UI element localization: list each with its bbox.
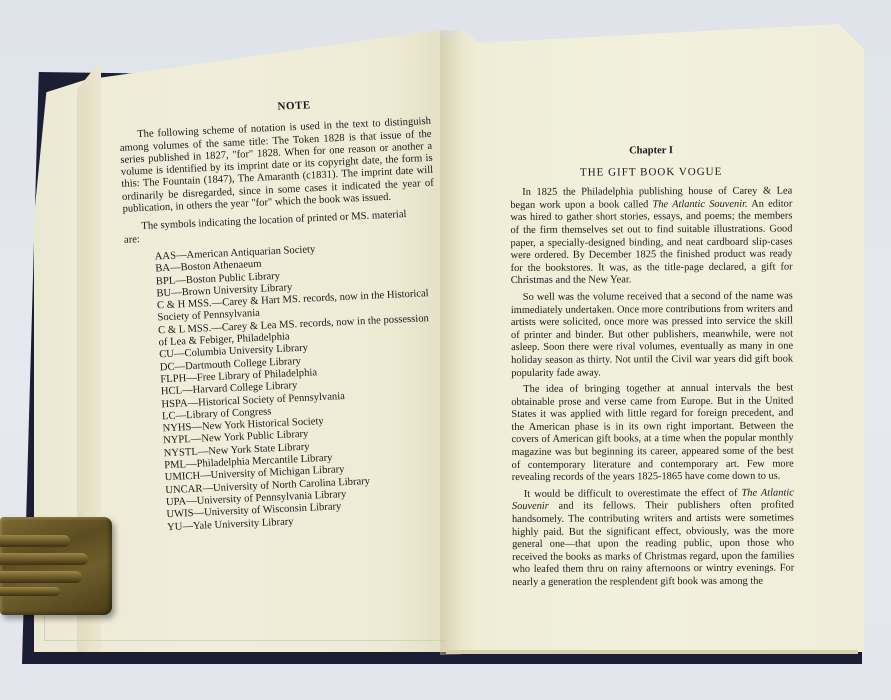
paragraph-2: So well was the volume received that a s… — [511, 290, 793, 380]
book-gutter — [440, 30, 462, 655]
finger-shape — [0, 571, 82, 583]
chapter-label: Chapter I — [510, 145, 792, 159]
note-paragraph: The following scheme of notation is used… — [119, 116, 435, 216]
photo-scene: NOTE The following scheme of notation is… — [0, 0, 891, 700]
left-page-text: NOTE The following scheme of notation is… — [118, 94, 449, 536]
brass-hand-paperweight — [0, 517, 112, 615]
finger-shape — [0, 587, 60, 596]
chapter-title: THE GIFT BOOK VOGUE — [510, 165, 792, 179]
page-bottom-edge — [446, 650, 858, 654]
paragraph-4: It would be difficult to overestimate th… — [512, 487, 795, 589]
finger-shape — [0, 535, 70, 547]
abbreviation-list: AAS—American Antiquarian SocietyBA—Bosto… — [125, 239, 450, 536]
right-page-text: Chapter I THE GIFT BOOK VOGUE In 1825 th… — [510, 145, 794, 594]
paragraph-1: In 1825 the Philadelphia publishing hous… — [510, 186, 793, 288]
finger-shape — [0, 553, 88, 565]
paragraph-3: The idea of bringing together at annual … — [511, 383, 794, 485]
